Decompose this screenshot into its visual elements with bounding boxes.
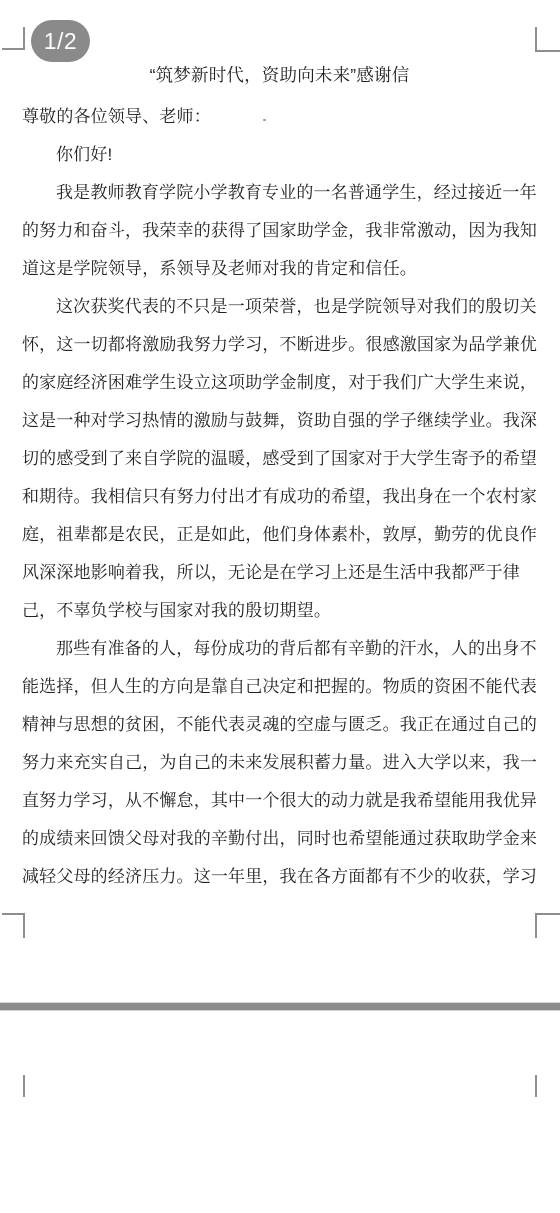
text-line: 风深深地影响着我，所以，无论是在学习上还是生活中我都严于律 (22, 554, 537, 592)
text-line: 和期待。我相信只有努力付出才有成功的希望，我出身在一个农村家 (22, 478, 537, 516)
document-body: 尊敬的各位领导、老师：你们好!我是教师教育学院小学教育专业的一名普通学生，经过接… (22, 98, 537, 896)
text-line: 你们好! (22, 136, 537, 174)
document-page-2[interactable] (0, 1011, 560, 1213)
text-line: 道这是学院领导，系领导及老师对我的肯定和信任。 (22, 250, 537, 288)
text-line: 己，不辜负学校与国家对我的殷切期望。 (22, 592, 537, 630)
text-line: 能选择，但人生的方向是靠自己决定和把握的。物质的资困不能代表 (22, 668, 537, 706)
text-line: 尊敬的各位领导、老师： (22, 98, 537, 136)
text-line: 这次获奖代表的不只是一项荣誉，也是学院领导对我们的殷切关 (22, 288, 537, 326)
text-line: 我是教师教育学院小学教育专业的一名普通学生，经过接近一年 (22, 174, 537, 212)
text-line: 减轻父母的经济压力。这一年里，我在各方面都有不少的收获，学习 (22, 858, 537, 896)
text-line: 的家庭经济困难学生设立这项助学金制度，对于我们广大学生来说， (22, 364, 537, 402)
crop-mark-top-left (2, 27, 25, 50)
text-line: 切的感受到了来自学院的温暖，感受到了国家对于大学生寄予的希望 (22, 440, 537, 478)
crop-mark-page2-top-right (535, 1075, 537, 1097)
text-line: 直努力学习，从不懈怠，其中一个很大的动力就是我希望能用我优异 (22, 782, 537, 820)
crop-mark-page2-top-left (23, 1075, 25, 1097)
text-line: 努力来充实自己，为自己的未来发展积蓄力量。进入大学以来，我一 (22, 744, 537, 782)
text-line: 庭，祖辈都是农民，正是如此，他们身体素朴，敦厚，勤劳的优良作 (22, 516, 537, 554)
document-page-1[interactable]: “筑梦新时代，资助向未来”感谢信 尊敬的各位领导、老师：你们好!我是教师教育学院… (0, 0, 560, 1002)
text-line: 的努力和奋斗，我荣幸的获得了国家助学金，我非常激动，因为我知 (22, 212, 537, 250)
document-title: “筑梦新时代，资助向未来”感谢信 (22, 56, 537, 94)
document-viewer: “筑梦新时代，资助向未来”感谢信 尊敬的各位领导、老师：你们好!我是教师教育学院… (0, 0, 560, 1213)
page-indicator-badge: 1/2 (31, 20, 90, 62)
text-line: 的成绩来回馈父母对我的辛勤付出，同时也希望能通过获取助学金来 (22, 820, 537, 858)
text-line: 那些有准备的人，每份成功的背后都有辛勤的汗水，人的出身不 (22, 630, 537, 668)
crop-mark-bottom-right (535, 913, 560, 938)
page-break-divider (0, 1002, 560, 1011)
text-line: 精神与思想的贫困，不能代表灵魂的空虚与匮乏。我正在通过自己的 (22, 706, 537, 744)
text-line: 怀，这一切都将激励我努力学习，不断进步。很感激国家为品学兼优 (22, 326, 537, 364)
crop-mark-bottom-left (2, 913, 25, 938)
text-line: 这是一种对学习热情的激励与鼓舞，资助自强的学子继续学业。我深 (22, 402, 537, 440)
crop-mark-top-right (535, 27, 560, 52)
